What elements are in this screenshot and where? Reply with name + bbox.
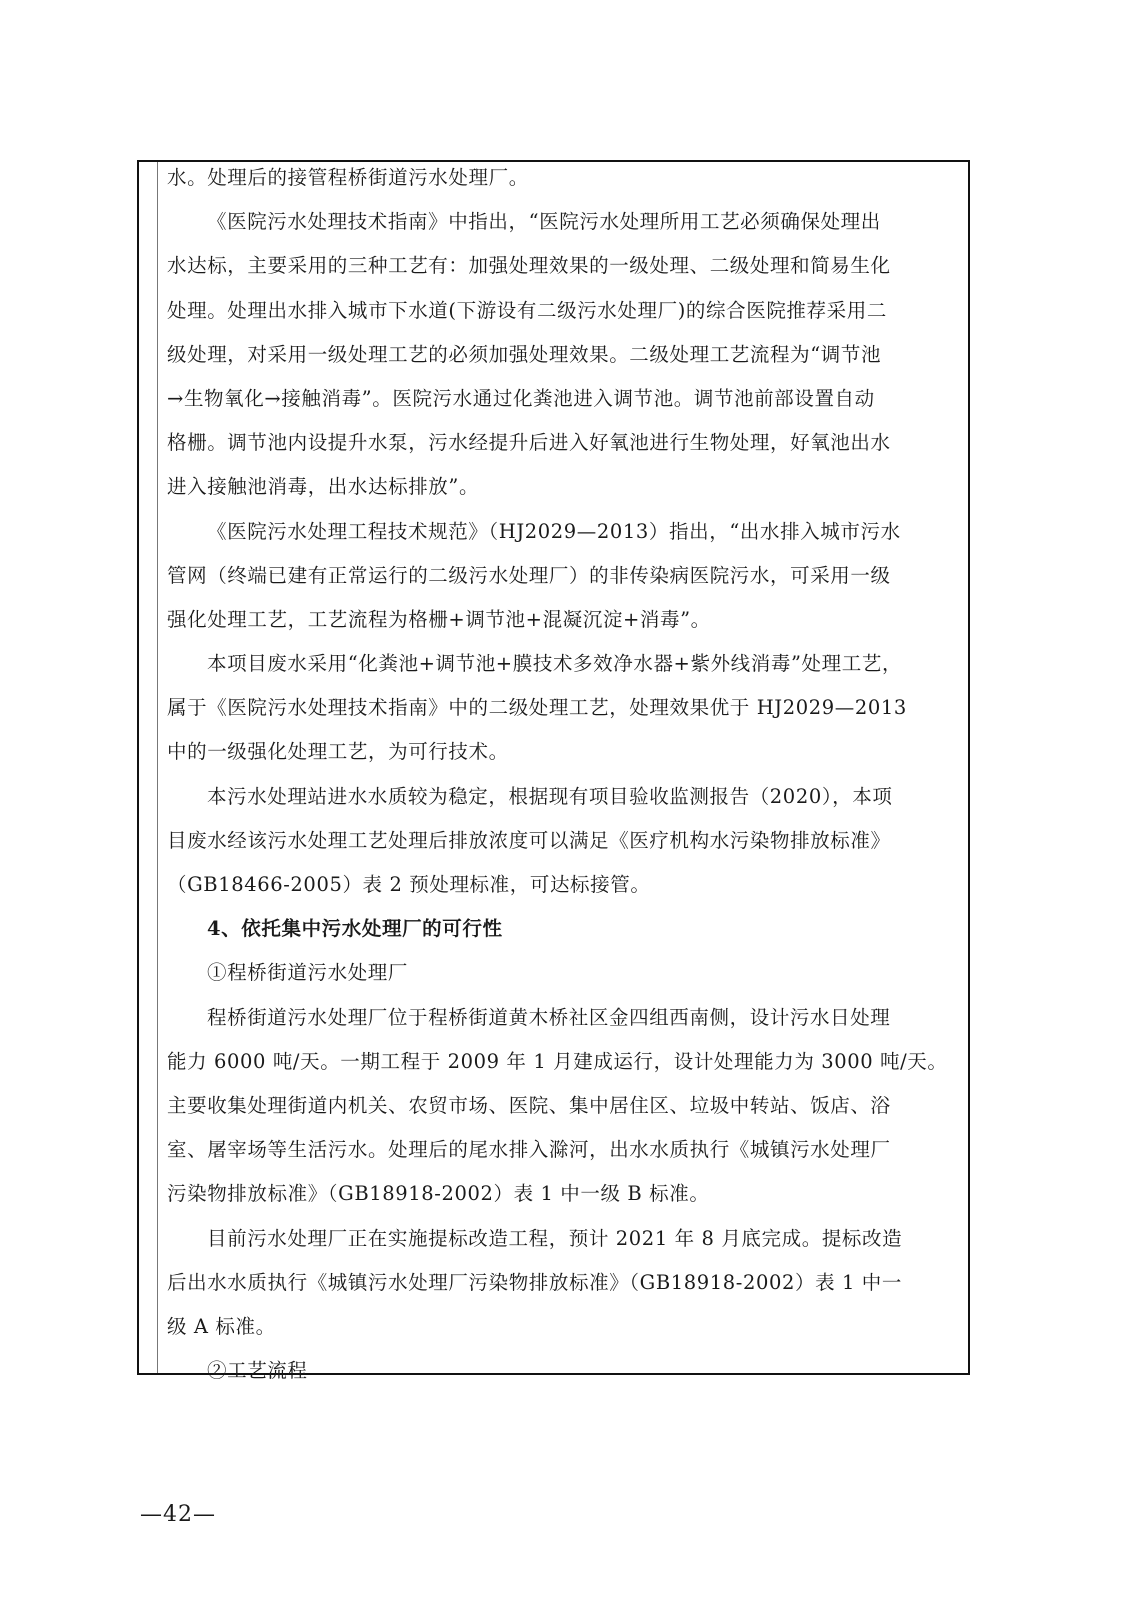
text-line: 《医院污水处理技术指南》中指出，“医院污水处理所用工艺必须确保处理出 — [167, 200, 952, 244]
text-line: 后出水水质执行《城镇污水处理厂污染物排放标准》（GB18918-2002）表 1… — [167, 1261, 952, 1305]
text-line: ①程桥街道污水处理厂 — [167, 951, 952, 995]
text-line: 目废水经该污水处理工艺处理后排放浓度可以满足《医疗机构水污染物排放标准》 — [167, 819, 952, 863]
text-line: 管网（终端已建有正常运行的二级污水处理厂）的非传染病医院污水，可采用一级 — [167, 554, 952, 598]
content-table-frame: 水。处理后的接管程桥街道污水处理厂。《医院污水处理技术指南》中指出，“医院污水处… — [137, 160, 970, 1375]
text-line: 级 A 标准。 — [167, 1305, 952, 1349]
text-line: （GB18466-2005）表 2 预处理标准，可达标接管。 — [167, 863, 952, 907]
text-line: 属于《医院污水处理技术指南》中的二级处理工艺，处理效果优于 HJ2029—201… — [167, 686, 952, 730]
page-number: —42— — [140, 1502, 216, 1527]
text-line: 主要收集处理街道内机关、农贸市场、医院、集中居住区、垃圾中转站、饭店、浴 — [167, 1084, 952, 1128]
text-line: 水达标，主要采用的三种工艺有：加强处理效果的一级处理、二级处理和简易生化 — [167, 244, 952, 288]
table-inner-divider — [157, 162, 158, 1373]
paragraph-lines: 水。处理后的接管程桥街道污水处理厂。《医院污水处理技术指南》中指出，“医院污水处… — [167, 156, 952, 1393]
text-line: 程桥街道污水处理厂位于程桥街道黄木桥社区金四组西南侧，设计污水日处理 — [167, 996, 952, 1040]
text-line: 水。处理后的接管程桥街道污水处理厂。 — [167, 156, 952, 200]
text-line: 室、屠宰场等生活污水。处理后的尾水排入滁河，出水水质执行《城镇污水处理厂 — [167, 1128, 952, 1172]
text-line: ②工艺流程 — [167, 1349, 952, 1393]
text-line: 能力 6000 吨/天。一期工程于 2009 年 1 月建成运行，设计处理能力为… — [167, 1040, 952, 1084]
text-line: 处理。处理出水排入城市下水道(下游设有二级污水处理厂)的综合医院推荐采用二 — [167, 289, 952, 333]
document-body: 水。处理后的接管程桥街道污水处理厂。《医院污水处理技术指南》中指出，“医院污水处… — [167, 156, 952, 1393]
section-heading: 4、依托集中污水处理厂的可行性 — [167, 907, 952, 951]
text-line: →生物氧化→接触消毒”。医院污水通过化粪池进入调节池。调节池前部设置自动 — [167, 377, 952, 421]
text-line: 强化处理工艺，工艺流程为格栅+调节池+混凝沉淀+消毒”。 — [167, 598, 952, 642]
text-line: 进入接触池消毒，出水达标排放”。 — [167, 465, 952, 509]
text-line: 本项目废水采用“化粪池+调节池+膜技术多效净水器+紫外线消毒”处理工艺， — [167, 642, 952, 686]
text-line: 《医院污水处理工程技术规范》（HJ2029—2013）指出，“出水排入城市污水 — [167, 510, 952, 554]
text-line: 污染物排放标准》（GB18918-2002）表 1 中一级 B 标准。 — [167, 1172, 952, 1216]
text-line: 中的一级强化处理工艺，为可行技术。 — [167, 730, 952, 774]
text-line: 目前污水处理厂正在实施提标改造工程，预计 2021 年 8 月底完成。提标改造 — [167, 1217, 952, 1261]
text-line: 格栅。调节池内设提升水泵，污水经提升后进入好氧池进行生物处理，好氧池出水 — [167, 421, 952, 465]
text-line: 本污水处理站进水水质较为稳定，根据现有项目验收监测报告（2020），本项 — [167, 775, 952, 819]
text-line: 级处理，对采用一级处理工艺的必须加强处理效果。二级处理工艺流程为“调节池 — [167, 333, 952, 377]
